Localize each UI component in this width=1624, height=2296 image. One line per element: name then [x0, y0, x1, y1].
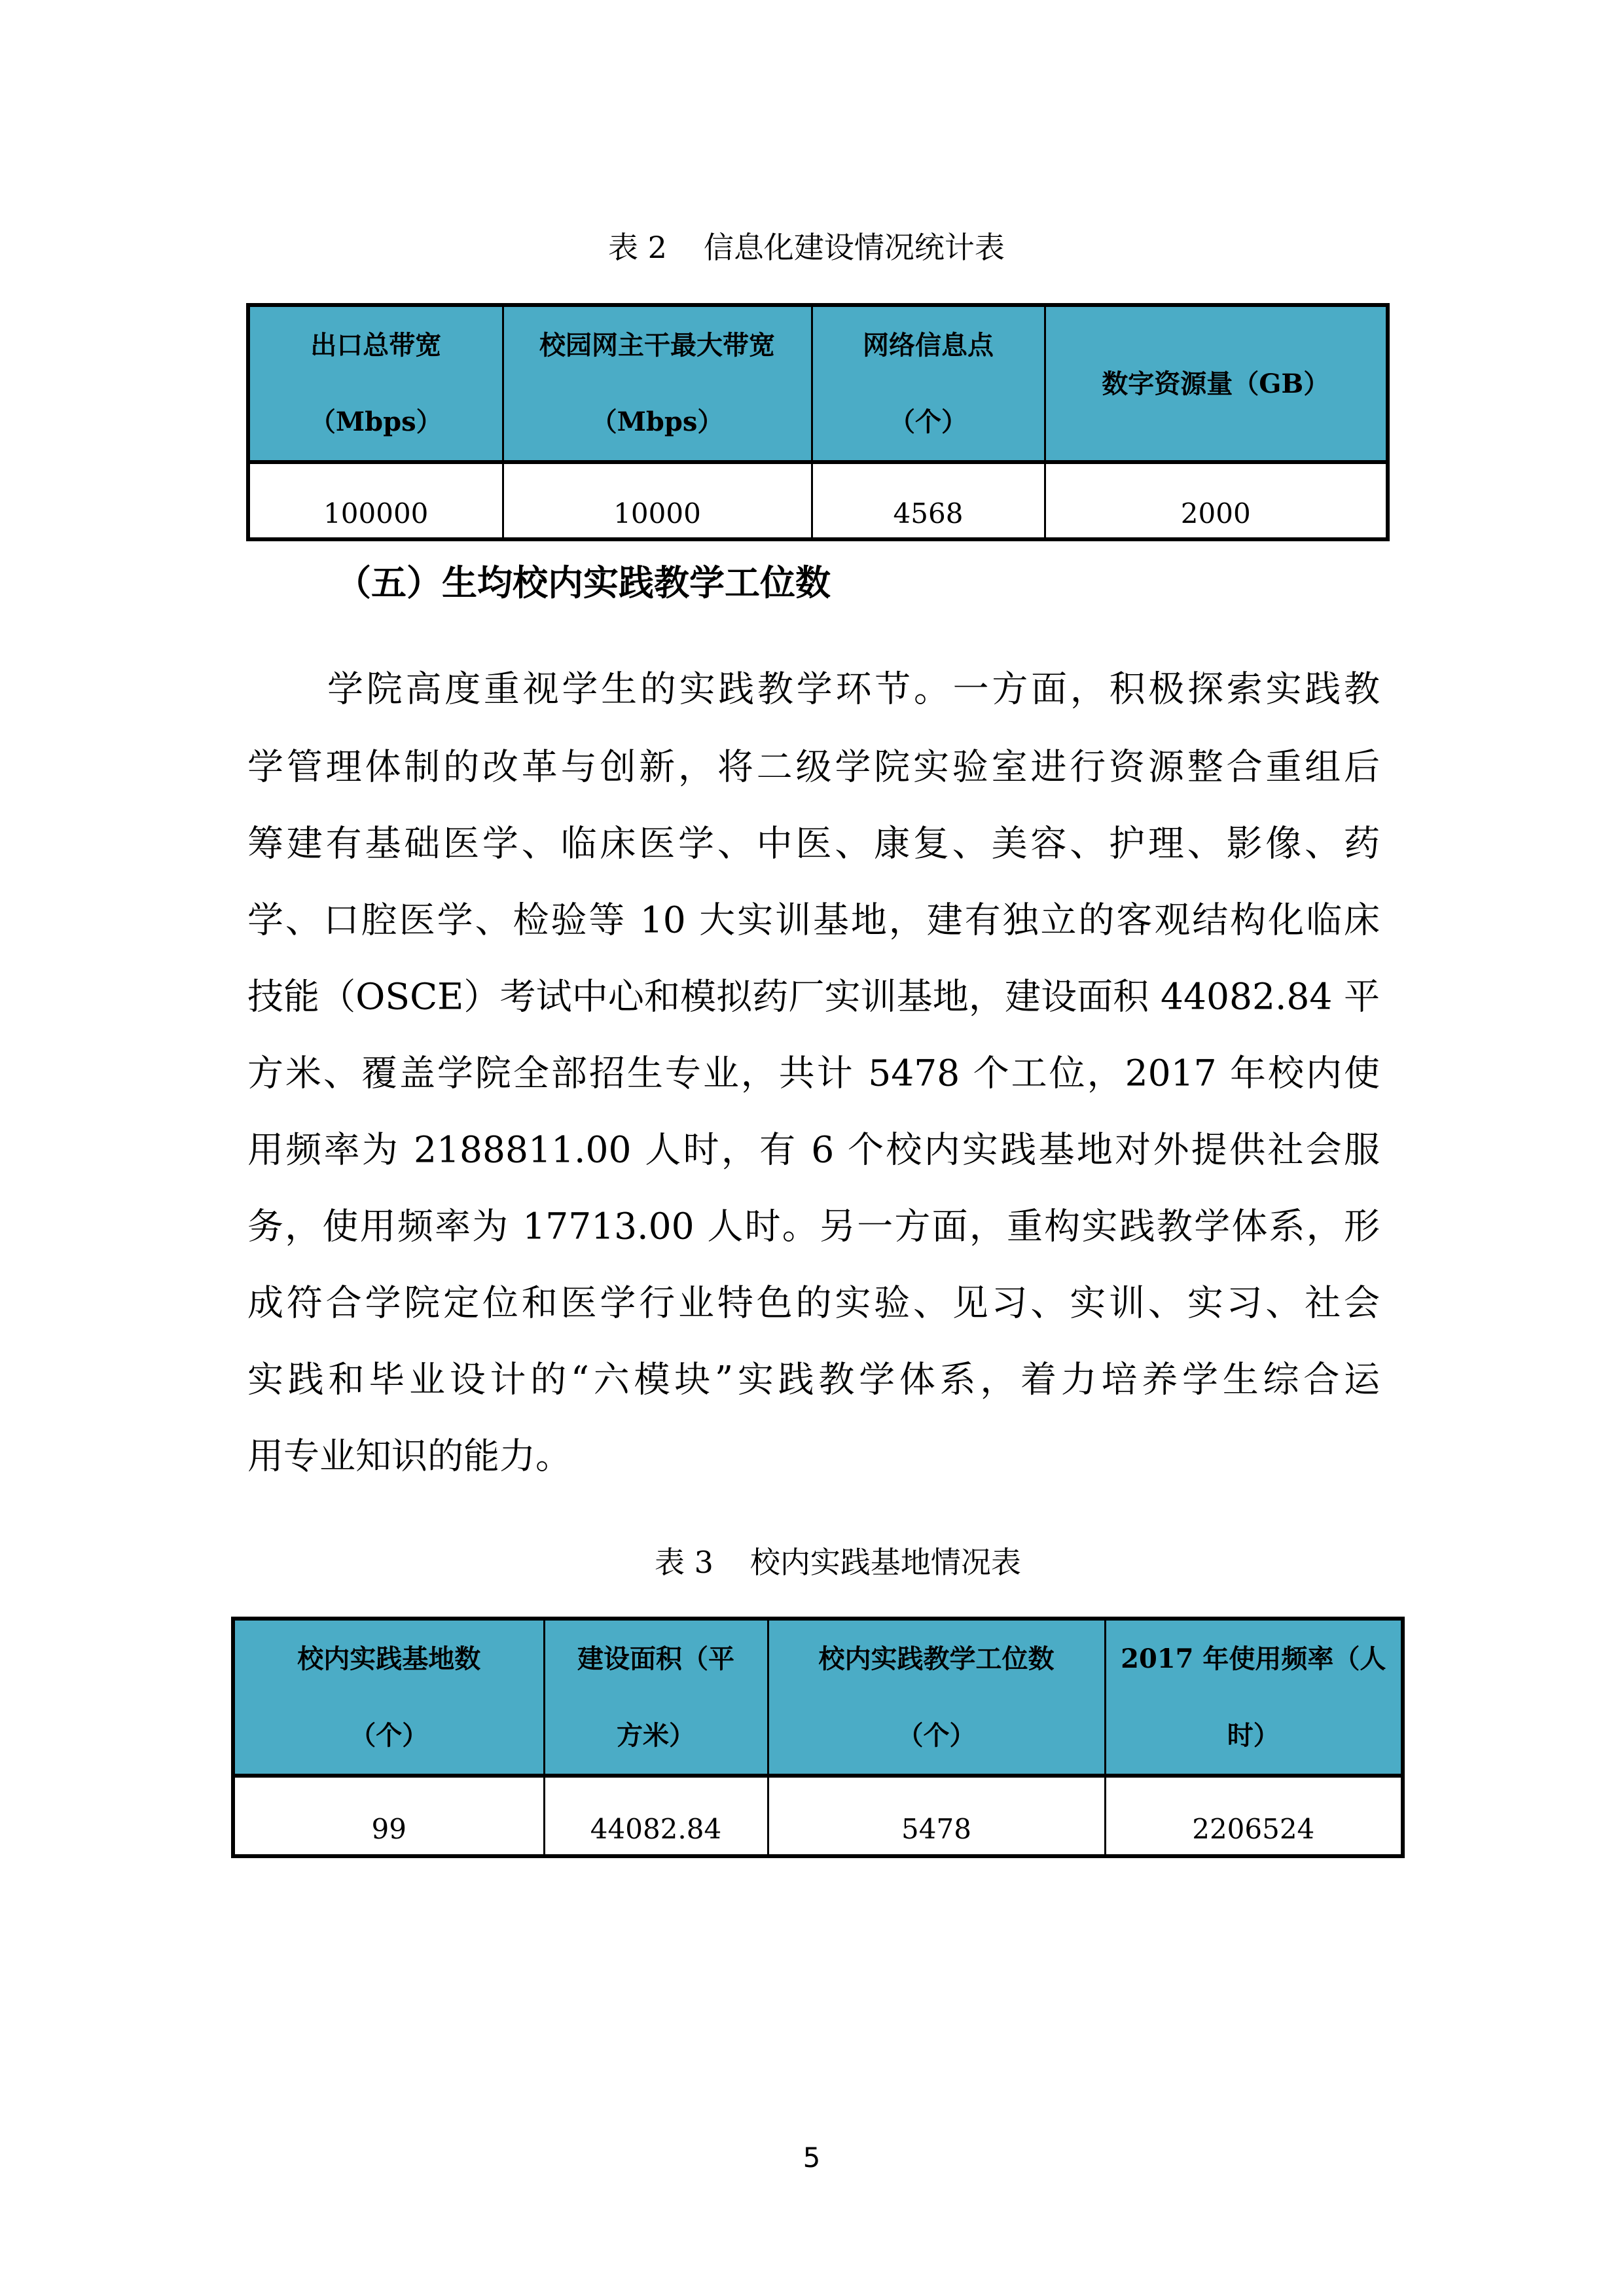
page-number: 5	[803, 2144, 821, 2172]
table3-cell: 5478	[768, 1776, 1105, 1856]
table2-caption: 表 2信息化建设情况统计表	[608, 232, 1005, 262]
table3-caption-number: 表 3	[655, 1545, 713, 1580]
table3-cell: 44082.84	[544, 1776, 768, 1856]
header-unit: （Mbps）	[504, 384, 811, 460]
table3-header-cell: 校内实践教学工位数 （个）	[768, 1619, 1105, 1776]
table3-practice-bases: 校内实践基地数 （个） 建设面积（平 方米） 校内实践教学工位数 （个） 201…	[231, 1617, 1405, 1858]
table2-header-cell: 出口总带宽 （Mbps）	[248, 305, 503, 462]
table2-header-cell: 网络信息点 （个）	[812, 305, 1045, 462]
header-line: 校内实践教学工位数	[769, 1621, 1104, 1697]
paragraph-line: 学管理体制的改革与创新，将二级学院实验室进行资源整合重组后	[247, 749, 1380, 785]
section-heading: （五）生均校内实践教学工位数	[336, 565, 831, 601]
header-line: 数字资源量（GB）	[1046, 346, 1386, 422]
table2-cell: 10000	[503, 462, 812, 539]
paragraph-line: 成符合学院定位和医学行业特色的实验、见习、实训、实习、社会	[247, 1285, 1380, 1321]
table3-header-cell: 校内实践基地数 （个）	[233, 1619, 544, 1776]
table2-header-row: 出口总带宽 （Mbps） 校园网主干最大带宽 （Mbps） 网络信息点 （个） …	[248, 305, 1388, 462]
paragraph-line: 务，使用频率为 17713.00 人时。另一方面，重构实践教学体系，形	[247, 1209, 1380, 1245]
table-row: 100000 10000 4568 2000	[248, 462, 1388, 539]
paragraph-line: 技能（OSCE）考试中心和模拟药厂实训基地，建设面积 44082.84 平	[247, 979, 1380, 1015]
header-unit: 时）	[1106, 1697, 1401, 1774]
table3-caption-title: 校内实践基地情况表	[750, 1545, 1021, 1580]
table3-header-row: 校内实践基地数 （个） 建设面积（平 方米） 校内实践教学工位数 （个） 201…	[233, 1619, 1403, 1776]
paragraph-line: 用频率为 2188811.00 人时，有 6 个校内实践基地对外提供社会服	[247, 1132, 1380, 1168]
table2-header-cell: 数字资源量（GB）	[1045, 305, 1388, 462]
paragraph-line: 方米、覆盖学院全部招生专业，共计 5478 个工位，2017 年校内使	[247, 1056, 1380, 1092]
header-unit: （个）	[813, 384, 1044, 460]
header-unit: （个）	[235, 1697, 543, 1774]
table2-cell: 4568	[812, 462, 1045, 539]
table2-cell: 100000	[248, 462, 503, 539]
header-line: 网络信息点	[813, 307, 1044, 384]
paragraph-line: 筹建有基础医学、临床医学、中医、康复、美容、护理、影像、药	[247, 826, 1380, 862]
header-line: 建设面积（平	[545, 1621, 767, 1697]
table2-caption-number: 表 2	[608, 230, 667, 265]
paragraph-line: 用专业知识的能力。	[247, 1439, 1380, 1475]
header-unit: 方米）	[545, 1697, 767, 1774]
header-line: 2017 年使用频率（人	[1106, 1621, 1401, 1697]
header-line: 校园网主干最大带宽	[504, 307, 811, 384]
table3-cell: 2206524	[1105, 1776, 1403, 1856]
paragraph-line: 学、口腔医学、检验等 10 大实训基地，建有独立的客观结构化临床	[247, 903, 1380, 939]
paragraph-line: 实践和毕业设计的“六模块”实践教学体系，着力培养学生综合运	[247, 1362, 1380, 1398]
header-line: 校内实践基地数	[235, 1621, 543, 1697]
table2-info-construction: 出口总带宽 （Mbps） 校园网主干最大带宽 （Mbps） 网络信息点 （个） …	[246, 303, 1390, 541]
table3-cell: 99	[233, 1776, 544, 1856]
header-unit: （个）	[769, 1697, 1104, 1774]
table-row: 99 44082.84 5478 2206524	[233, 1776, 1403, 1856]
table2-header-cell: 校园网主干最大带宽 （Mbps）	[503, 305, 812, 462]
table3-caption: 表 3校内实践基地情况表	[655, 1547, 1021, 1577]
table2-caption-title: 信息化建设情况统计表	[704, 230, 1005, 265]
header-line: 出口总带宽	[250, 307, 502, 384]
paragraph-line: 学院高度重视学生的实践教学环节。一方面，积极探索实践教	[327, 672, 1380, 708]
table3-header-cell: 建设面积（平 方米）	[544, 1619, 768, 1776]
header-unit: （Mbps）	[250, 384, 502, 460]
table3-header-cell: 2017 年使用频率（人 时）	[1105, 1619, 1403, 1776]
table2-cell: 2000	[1045, 462, 1388, 539]
